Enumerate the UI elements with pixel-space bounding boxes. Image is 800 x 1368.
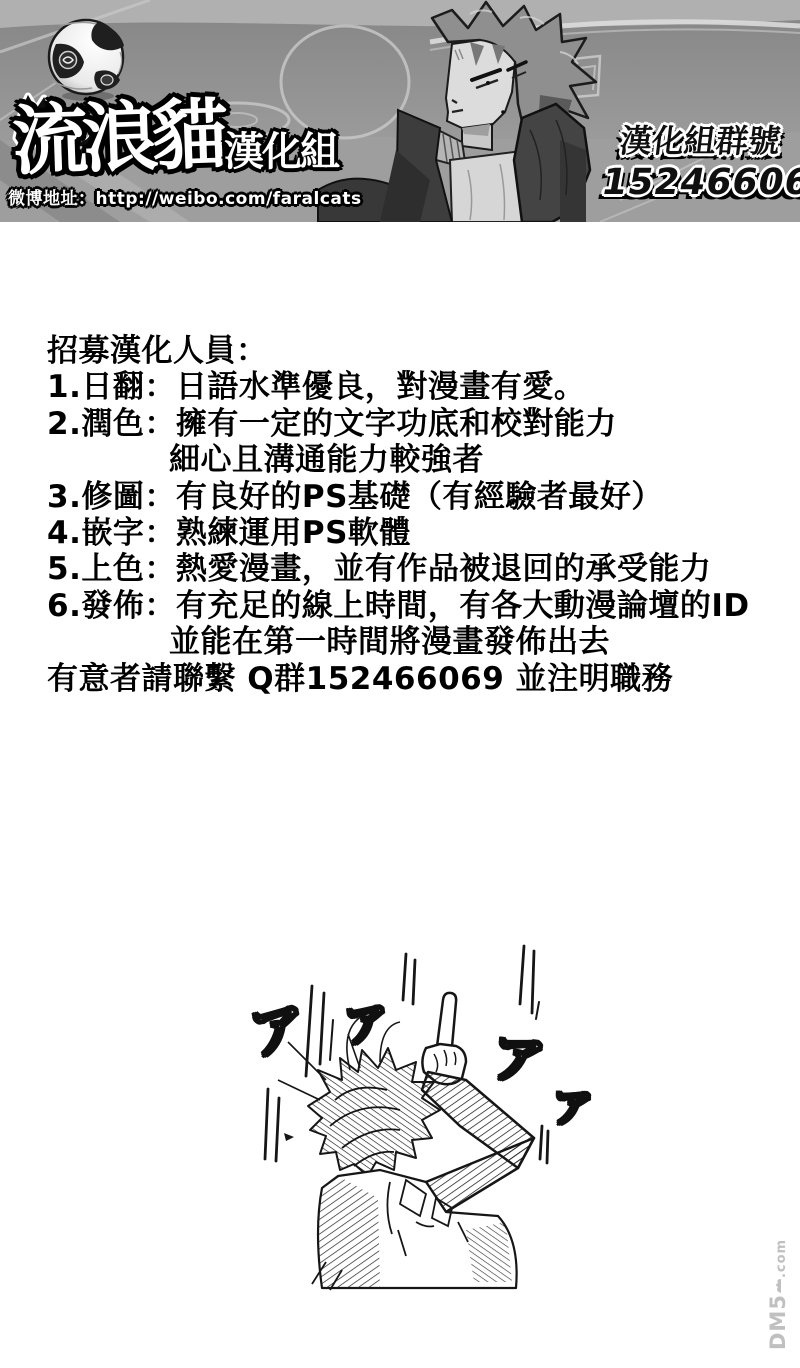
recruit-item-typesetter: 4.嵌字：熟練運用PS軟體 [47, 515, 793, 551]
dm5-cat-icon [772, 1278, 783, 1294]
sfx-katakana-a: ア [342, 1000, 391, 1049]
qq-group-number: 152466069 [599, 163, 800, 203]
manga-credit-page: 流浪貓 漢化組 微博地址：http://weibo.com/faralcats … [0, 0, 800, 1368]
sfx-katakana-a: ア [551, 1087, 593, 1129]
recruit-heading: 招募漢化人員： [47, 333, 793, 369]
small-tick-mark [284, 1133, 294, 1141]
recruit-item-publisher: 6.發佈：有充足的線上時間，有各大動漫論壇的ID [47, 588, 793, 624]
recruit-contact-footer: 有意者請聯繫 Q群152466069 並注明職務 [47, 661, 793, 697]
sfx-katakana-a: ア [246, 1000, 311, 1065]
group-logo-subtitle: 漢化組 [224, 132, 338, 172]
recruit-item-translator: 1.日翻：日語水準優良，對漫畫有愛。 [47, 369, 793, 405]
recruit-item-publisher-cont: 並能在第一時間將漫畫發佈出去 [47, 624, 793, 660]
dm5-dotcom-label: .com [774, 1239, 789, 1278]
dm5-watermark: DM5.com [766, 1239, 790, 1350]
recruit-item-cleaner: 3.修圖：有良好的PS基礎（有經驗者最好） [47, 479, 793, 515]
recruit-item-proofreader-cont: 細心且溝通能力較強者 [47, 442, 793, 478]
weibo-address: 微博地址：http://weibo.com/faralcats [8, 184, 362, 209]
recruitment-notice: 招募漢化人員： 1.日翻：日語水準優良，對漫畫有愛。 2.潤色：擁有一定的文字功… [47, 333, 793, 697]
scanlation-banner: 流浪貓 漢化組 微博地址：http://weibo.com/faralcats … [0, 0, 800, 222]
group-logo-title: 流浪貓 [11, 96, 224, 179]
dm5-site-label: DM5 [766, 1294, 790, 1350]
recruit-item-colorist: 5.上色：熱愛漫畫，並有作品被退回的承受能力 [47, 551, 793, 587]
qq-group-label: 漢化組群號 [602, 124, 798, 159]
sfx-katakana-a: ア [489, 1031, 547, 1089]
recruit-item-proofreader: 2.潤色：擁有一定的文字功底和校對能力 [47, 406, 793, 442]
